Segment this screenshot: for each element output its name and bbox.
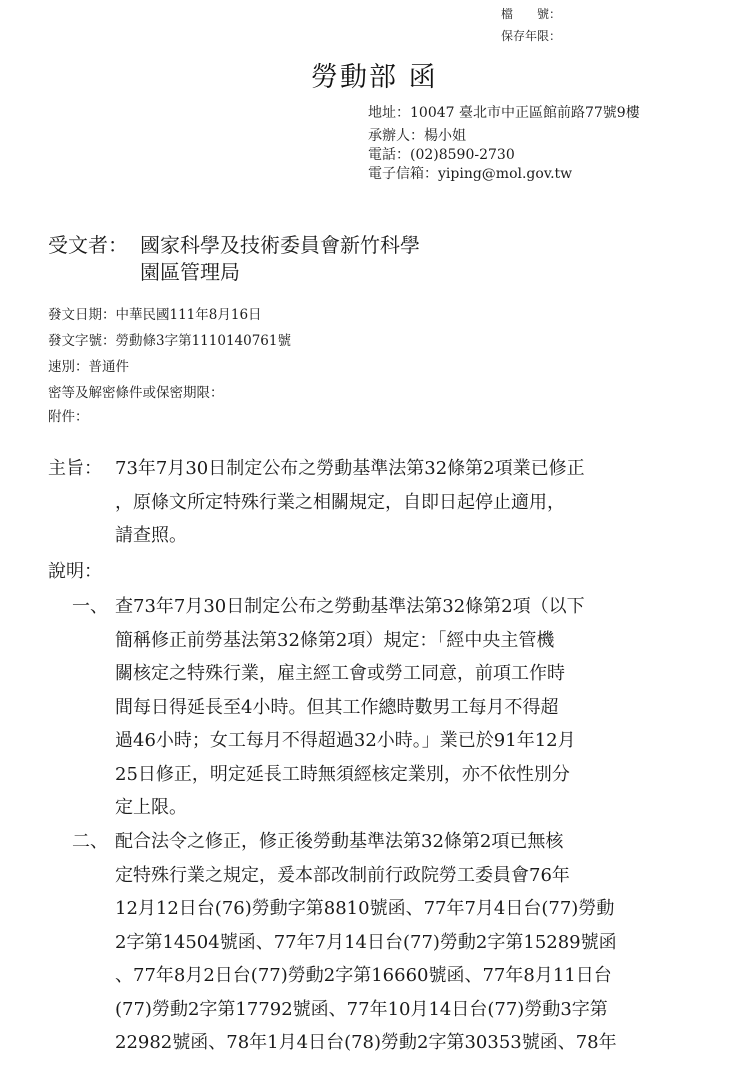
subject-text: 73年7月30日制定公布之勞動基準法第32條第2項業已修正 ，原條文所定特殊行業… xyxy=(115,452,585,553)
item-line: 2字第14504號函、77年7月14日台(77)勞動2字第15289號函 xyxy=(115,926,617,960)
contact-address: 地址：10047 臺北市中正區館前路77號9樓 xyxy=(368,104,640,123)
item-line: 間每日得延長至4小時。但其工作總時數男工每月不得超 xyxy=(115,691,585,725)
recipient-label: 受文者： xyxy=(48,232,128,259)
contact-block: 地址：10047 臺北市中正區館前路77號9樓 承辦人：楊小姐 電話：(02)8… xyxy=(368,104,640,184)
subject-label: 主旨： xyxy=(48,452,102,486)
item-2-text: 配合法令之修正，修正後勞動基準法第32條第2項已無核 定特殊行業之規定，爰本部改… xyxy=(115,825,617,1060)
item-line: 定上限。 xyxy=(115,791,585,825)
contact-handler: 承辦人：楊小姐 xyxy=(368,127,640,146)
contact-email: 電子信箱：yiping@mol.gov.tw xyxy=(368,165,640,184)
item-line: 25日修正，明定延長工時無須經核定業別，亦不依性別分 xyxy=(115,758,585,792)
retention-period-label: 保存年限： xyxy=(501,27,561,44)
item-line: 12月12日台(76)勞動字第8810號函、77年7月4日台(77)勞動 xyxy=(115,892,617,926)
item-line: 過46小時；女工每月不得超過32小時。」業已於91年12月 xyxy=(115,724,585,758)
item-line: 22982號函、78年1月4日台(78)勞動2字第30353號函、78年 xyxy=(115,1026,617,1060)
explanation-label: 說明： xyxy=(48,555,102,589)
file-number-label: 檔 號： xyxy=(501,5,561,22)
subject-line: 73年7月30日制定公布之勞動基準法第32條第2項業已修正 xyxy=(115,452,585,486)
item-line: 關核定之特殊行業，雇主經工會或勞工同意，前項工作時 xyxy=(115,657,585,691)
item-1-number: 一、 xyxy=(72,590,108,624)
recipient-name: 國家科學及技術委員會新竹科學 園區管理局 xyxy=(140,232,420,286)
item-line: (77)勞動2字第17792號函、77年10月14日台(77)勞動3字第 xyxy=(115,993,617,1027)
item-2-number: 二、 xyxy=(72,825,108,859)
speed-category: 速別：普通件 xyxy=(48,355,129,375)
item-line: 配合法令之修正，修正後勞動基準法第32條第2項已無核 xyxy=(115,825,617,859)
item-1-text: 查73年7月30日制定公布之勞動基準法第32條第2項（以下 簡稱修正前勞基法第3… xyxy=(115,590,585,825)
attachment: 附件： xyxy=(48,405,89,425)
item-line: 查73年7月30日制定公布之勞動基準法第32條第2項（以下 xyxy=(115,590,585,624)
issue-date: 發文日期：中華民國111年8月16日 xyxy=(48,303,262,323)
subject-line: 請查照。 xyxy=(115,519,585,553)
item-line: 、77年8月2日台(77)勞動2字第16660號函、77年8月11日台 xyxy=(115,959,617,993)
classification: 密等及解密條件或保密期限： xyxy=(48,381,224,401)
document-title: 勞動部 函 xyxy=(311,55,438,94)
item-line: 簡稱修正前勞基法第32條第2項）規定：「經中央主管機 xyxy=(115,624,585,658)
recipient-name-line-2: 園區管理局 xyxy=(140,259,420,286)
recipient-name-line-1: 國家科學及技術委員會新竹科學 xyxy=(140,232,420,259)
item-line: 定特殊行業之規定，爰本部改制前行政院勞工委員會76年 xyxy=(115,859,617,893)
subject-line: ，原條文所定特殊行業之相關規定，自即日起停止適用， xyxy=(115,486,585,520)
contact-phone: 電話：(02)8590-2730 xyxy=(368,146,640,165)
issue-number: 發文字號：勞動條3字第1110140761號 xyxy=(48,329,291,349)
